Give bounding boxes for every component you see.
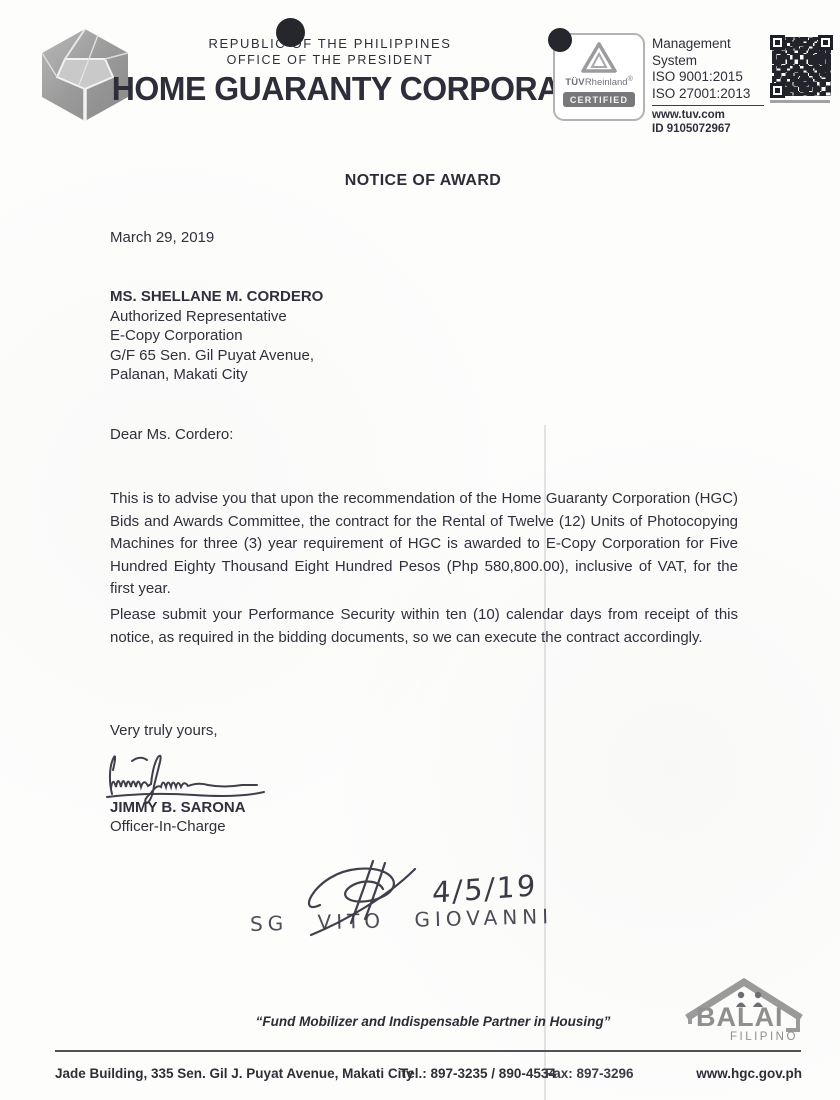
recipient-company: E-Copy Corporation (110, 326, 323, 346)
tuv-website: www.tuv.com (652, 108, 770, 122)
closing-line: Very truly yours, (110, 722, 218, 739)
office-line: OFFICE OF THE PRESIDENT (105, 53, 555, 67)
qr-caption-microtext (770, 100, 830, 103)
iso-certification-text: Management System ISO 9001:2015 ISO 2700… (652, 36, 770, 136)
republic-line: REPUBLIC OF THE PHILIPPINES (105, 36, 555, 51)
recipient-name: MS. SHELLANE M. CORDERO (110, 287, 323, 307)
tuv-brand-bold: TÜV (565, 77, 585, 88)
qr-finder-icon (770, 35, 785, 50)
salutation: Dear Ms. Cordero: (110, 426, 233, 443)
sarona-signature (104, 748, 274, 806)
punch-hole-artifact (548, 28, 572, 52)
letterhead: REPUBLIC OF THE PHILIPPINES OFFICE OF TH… (105, 36, 555, 108)
body-paragraph-1: This is to advise you that upon the reco… (110, 488, 738, 601)
punch-hole-artifact (276, 18, 305, 47)
tuv-triangle-icon (579, 41, 619, 75)
iso-line: Management (652, 36, 770, 53)
qr-finder-icon (770, 83, 785, 98)
qr-finder-icon (818, 35, 833, 50)
iso-line: ISO 27001:2013 (652, 86, 770, 103)
footer-telephone: Tel.: 897-3235 / 890-4534 (400, 1066, 556, 1081)
scanned-letter-page: REPUBLIC OF THE PHILIPPINES OFFICE OF TH… (0, 0, 840, 1100)
iso-divider (652, 105, 764, 106)
filipino-text: FILIPINO (730, 1031, 798, 1043)
footer-fax: Fax: 897-3296 (545, 1066, 634, 1081)
signatory-role: Officer-In-Charge (110, 818, 246, 835)
balai-filipino-logo: BALAI FILIPINO (684, 974, 804, 1046)
tuv-cert-id: ID 9105072967 (652, 122, 770, 136)
signatory-name: JIMMY B. SARONA (110, 799, 246, 816)
recipient-block: MS. SHELLANE M. CORDERO Authorized Repre… (110, 287, 323, 385)
tuv-brand: TÜVRheinland® (565, 76, 633, 88)
recipient-address2: Palanan, Makati City (110, 365, 323, 385)
qr-code (770, 35, 833, 98)
iso-line: ISO 9001:2015 (652, 69, 770, 86)
footer-website: www.hgc.gov.ph (696, 1066, 802, 1081)
body-paragraph-2: Please submit your Performance Security … (110, 604, 738, 649)
registered-mark: ® (628, 76, 633, 83)
footer-divider (55, 1050, 801, 1052)
signatory-block: JIMMY B. SARONA Officer-In-Charge (110, 799, 246, 835)
letter-date: March 29, 2019 (110, 229, 214, 246)
tuv-brand-rest: Rheinland (585, 77, 628, 88)
org-name: HOME GUARANTY CORPORATION (112, 70, 549, 108)
iso-line: System (652, 53, 770, 70)
handwritten-date: 4/5/19 (432, 868, 538, 909)
recipient-role: Authorized Representative (110, 307, 323, 327)
letter-title: NOTICE OF AWARD (0, 172, 840, 190)
recipient-address1: G/F 65 Sen. Gil Puyat Avenue, (110, 346, 323, 366)
certified-band: CERTIFIED (563, 92, 635, 107)
footer-address: Jade Building, 335 Sen. Gil J. Puyat Ave… (55, 1066, 413, 1081)
